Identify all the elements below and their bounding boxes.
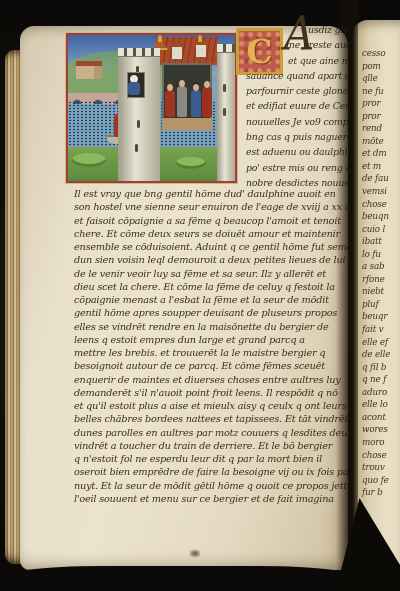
text-line: trouv — [362, 462, 400, 475]
facing-page-text-fragments: cessopomqllene fuprorprorrendmōteet dmet… — [362, 48, 400, 500]
battlements — [118, 48, 160, 57]
figure-red-youth — [165, 90, 175, 117]
text-line: pror — [362, 98, 400, 111]
column-text: usdiz gloume preste audiēceet que aine m… — [246, 23, 348, 191]
text-line: vindrēt a toucher du train de derriere. … — [74, 440, 350, 453]
text-line: parfournir ceste gloneuse — [246, 84, 348, 99]
figure-red-man — [202, 87, 212, 117]
dormer-window — [172, 43, 182, 59]
text-line: po' estre mis ou reng et — [246, 161, 348, 176]
miniature-painting — [66, 33, 237, 183]
text-line: elles se vindrēt rendre en la maisōnette… — [74, 321, 350, 334]
text-line: et que aine m' — [246, 54, 348, 69]
text-line: oseroit bien emprēdre de faire la besoig… — [74, 466, 350, 479]
text-line: sauance quand apart de — [246, 69, 348, 84]
text-line: gentil hōme apres soupper deuisant de pl… — [74, 307, 350, 320]
castle-roof — [156, 37, 218, 65]
figure-head — [179, 80, 185, 87]
text-line: rfone — [362, 274, 400, 287]
text-line: fait v — [362, 324, 400, 337]
text-line: beuqn — [362, 211, 400, 224]
house-icon — [76, 61, 102, 79]
main-text-block: Il est vray que bng gentil hōme dud' dau… — [74, 188, 350, 506]
bottom-background — [0, 566, 360, 591]
text-line: ibatt — [362, 236, 400, 249]
text-line: ensemble se cōduisoient. Aduint q ce gen… — [74, 241, 350, 254]
figure-blue-lady — [191, 90, 201, 117]
text-line: a sab — [362, 261, 400, 274]
dormer-window — [196, 41, 206, 57]
text-line: pom — [362, 61, 400, 74]
manuscript-photo: C A usdiz gloume preste audiēceet que ai… — [0, 0, 400, 591]
text-line: et faisoit cōpaignie a sa fēme q beaucop… — [74, 215, 350, 228]
text-line: vemsi — [362, 186, 400, 199]
text-line: quo fe — [362, 475, 400, 488]
text-line: aduro — [362, 387, 400, 400]
text-line: acont — [362, 412, 400, 425]
text-line: et dm — [362, 148, 400, 161]
text-line: de le venir veoir luy sa fēme et sa seur… — [74, 268, 350, 281]
room-floor — [162, 118, 212, 130]
text-line: qlle — [362, 73, 400, 86]
figure-head — [167, 84, 173, 91]
text-line: chere. Et cōme deux seurs se doiuēt amou… — [74, 228, 350, 241]
text-line: leens q estoit empres dun large et grand… — [74, 334, 350, 347]
text-line: l'oeil souuent et menu sur ce bergier et… — [74, 493, 350, 506]
text-line: et m — [362, 161, 400, 174]
text-line: chose — [362, 450, 400, 463]
bush — [72, 153, 106, 167]
text-line: fur b — [362, 487, 400, 500]
text-line: cōpaignie menast a l'esbat la fēme et la… — [74, 294, 350, 307]
text-line: et edifiat euure de Cent — [246, 99, 348, 114]
right-tower — [217, 44, 235, 181]
figure-head — [204, 81, 210, 88]
text-line: demanderēt s'il n'auoit point froit leen… — [74, 387, 350, 400]
text-line: de fau — [362, 173, 400, 186]
text-line: rend — [362, 123, 400, 136]
figure-grey-elder — [177, 86, 187, 117]
text-line: niebt — [362, 286, 400, 299]
text-line: bng cas q puis nagueres — [246, 130, 348, 145]
text-line: mettre les brebis. et trouuerēt la le ma… — [74, 347, 350, 360]
text-line: belles chābres bordees nattees et tapiss… — [74, 413, 350, 426]
arrow-slit — [223, 108, 226, 116]
text-line: Il est vray que bng gentil hōme dud' dau… — [74, 188, 350, 201]
text-line: q ne f — [362, 374, 400, 387]
text-line: est aduenu ou daulphine — [246, 145, 348, 160]
text-line: ne fu — [362, 86, 400, 99]
text-line: enquerir de maintes et diuerses choses e… — [74, 374, 350, 387]
text-line: cuio l — [362, 224, 400, 237]
gold-finial — [198, 35, 202, 42]
arrow-slit — [223, 84, 226, 92]
text-line: usdiz glou — [246, 23, 348, 38]
text-line: nuyt. Et la seur de mōdit gētil hōme q o… — [74, 480, 350, 493]
text-line: besoignoit autour de ce parcq. Et cōme f… — [74, 360, 350, 373]
text-line: elle lo — [362, 399, 400, 412]
text-line: q fil b — [362, 362, 400, 375]
text-line: me preste audiēce — [246, 38, 348, 53]
text-line: elle ef — [362, 337, 400, 350]
text-line: beuqr — [362, 311, 400, 324]
text-line: moro — [362, 437, 400, 450]
gold-finial — [158, 35, 162, 42]
figure-head — [193, 84, 199, 91]
text-line: pluf — [362, 299, 400, 312]
text-line: mōte — [362, 136, 400, 149]
book-gutter-shadow — [336, 0, 358, 591]
text-line: dieu scet la chere. Et cōme la fēme de c… — [74, 281, 350, 294]
battlements — [217, 44, 235, 53]
left-tower — [118, 48, 160, 181]
text-line: cesso — [362, 48, 400, 61]
text-line: dun sien voisin leql demouroit a deux pe… — [74, 254, 350, 267]
text-line: son hostel vne sienne seur enuiron de l'… — [74, 201, 350, 214]
text-line: chose — [362, 199, 400, 212]
bush — [176, 157, 206, 169]
text-line: de elle — [362, 349, 400, 362]
text-line: q n'estoit fol ne esperdu leur dit q par… — [74, 453, 350, 466]
window-lady — [128, 82, 140, 95]
arrow-slit — [135, 144, 138, 152]
text-line: dunes parolles en aultres par motz couue… — [74, 427, 350, 440]
text-line: lo fu — [362, 249, 400, 262]
ink-smudge-mark — [190, 550, 200, 557]
arrow-slit — [137, 120, 140, 128]
text-line: et qu'il estoit plus a aise et mieulx ai… — [74, 400, 350, 413]
text-line: pror — [362, 111, 400, 124]
text-line: wores — [362, 424, 400, 437]
interior-scene — [162, 63, 212, 130]
text-line: nouuelles Je vo9 compteray — [246, 115, 348, 130]
